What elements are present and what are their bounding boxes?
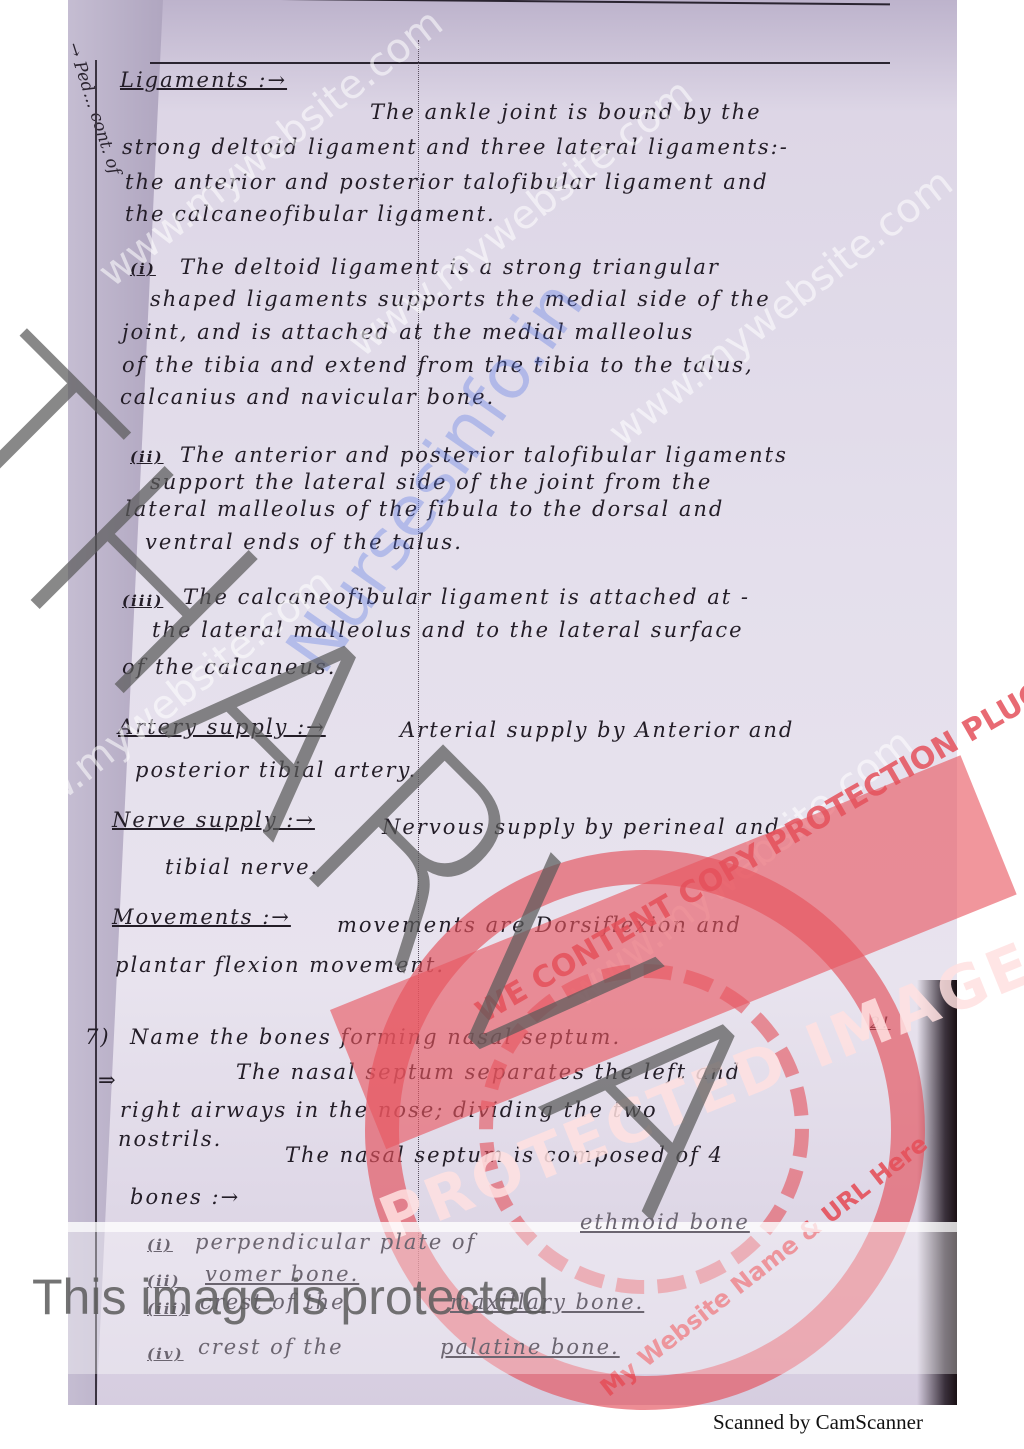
bone-number: (i): [147, 1236, 173, 1254]
page-header-rule: [150, 62, 890, 64]
question-marker: 7): [85, 1025, 111, 1049]
bone-number: (iv): [147, 1345, 184, 1363]
ligaments-heading: Ligaments :→: [120, 68, 287, 92]
bone-name: palatine bone.: [440, 1335, 620, 1359]
answer-line: bones :→: [130, 1185, 240, 1209]
protected-notice: This image is protected: [32, 1268, 549, 1326]
answer-line: nostrils.: [118, 1127, 222, 1151]
scanner-credit: Scanned by CamScanner: [713, 1410, 923, 1435]
bone-prefix: crest of the: [198, 1335, 344, 1359]
bone-prefix: perpendicular plate of: [195, 1230, 476, 1254]
answer-arrow: ⇒: [98, 1068, 118, 1092]
bone-name: ethmoid bone: [580, 1210, 750, 1234]
ligaments-intro-line: The ankle joint is bound by the: [370, 100, 762, 124]
